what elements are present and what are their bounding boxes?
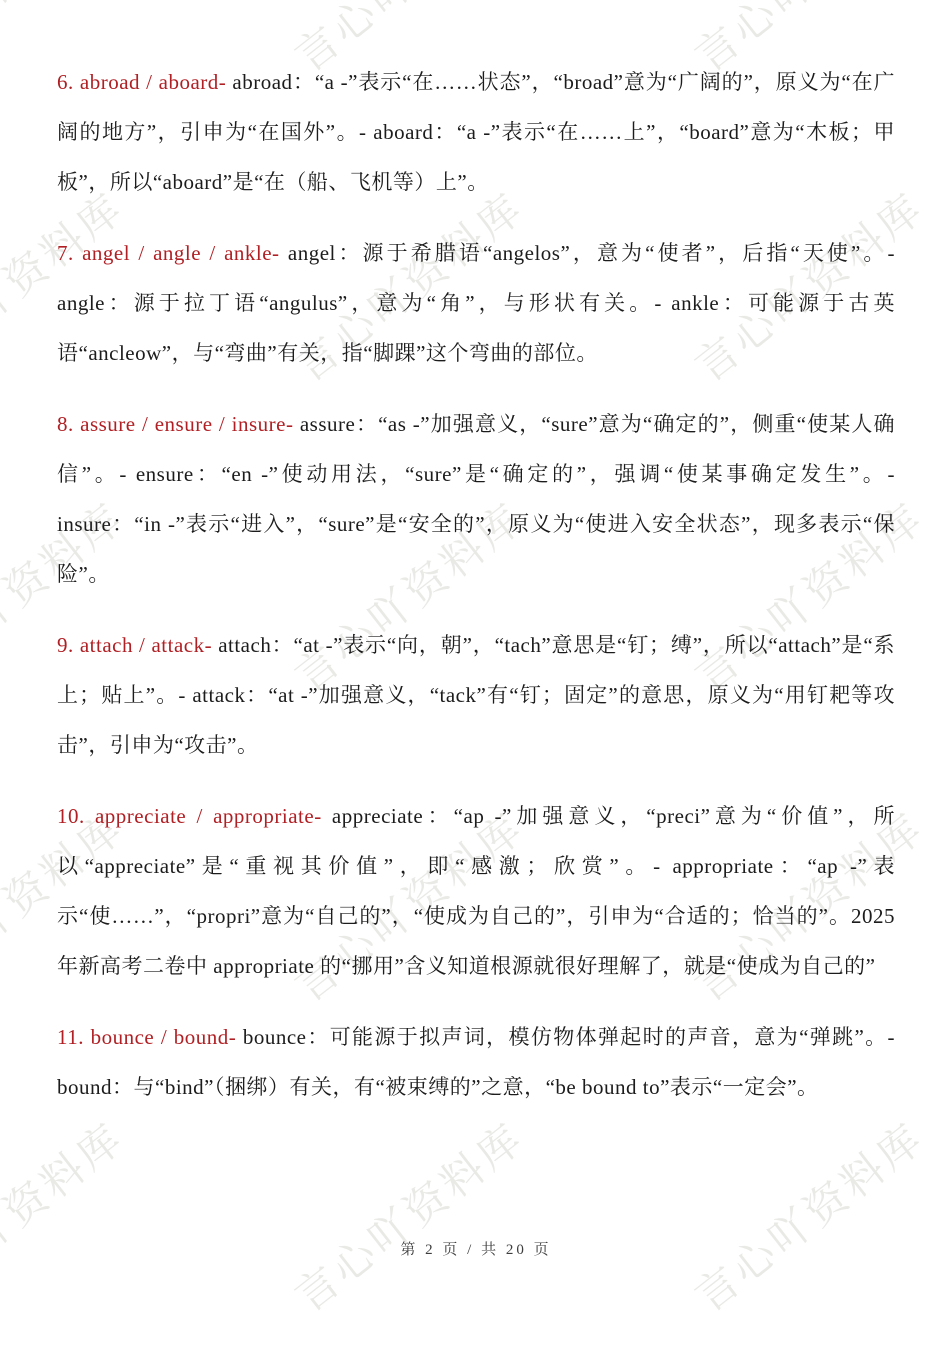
entry-11-bounce-bound: 11. bounce / bound- bounce：可能源于拟声词，模仿物体弹… xyxy=(57,1012,895,1112)
page-number-footer: 第 2 页 / 共 20 页 xyxy=(0,1238,952,1259)
watermark-text: 言心吖资料库 xyxy=(281,1106,535,1323)
entry-8-headword: 8. assure / ensure / insure- xyxy=(57,412,293,436)
entry-8-body: assure：“as -”加强意义，“sure”意为“确定的”，侧重“使某人确信… xyxy=(57,412,895,586)
entry-11-headword: 11. bounce / bound- xyxy=(57,1025,236,1049)
entry-10-appreciate-appropriate: 10. appreciate / appropriate- appreciate… xyxy=(57,791,895,991)
entry-9-headword: 9. attach / attack- xyxy=(57,633,212,657)
entry-6-abroad-aboard: 6. abroad / aboard- abroad：“a -”表示“在……状态… xyxy=(57,57,895,207)
document-body: 6. abroad / aboard- abroad：“a -”表示“在……状态… xyxy=(57,57,895,1133)
entry-8-assure-ensure-insure: 8. assure / ensure / insure- assure：“as … xyxy=(57,399,895,599)
watermark-text: 言心吖资料库 xyxy=(681,1106,935,1323)
entry-10-headword: 10. appreciate / appropriate- xyxy=(57,804,322,828)
document-page: 言心吖资料库 言心吖资料库 言心吖资料库 言心吖资料库 言心吖资料库 言心吖资料… xyxy=(0,0,952,1347)
entry-10-body: appreciate：“ap -”加强意义，“preci”意为“价值”，所以“a… xyxy=(57,804,895,978)
entry-7-headword: 7. angel / angle / ankle- xyxy=(57,241,280,265)
entry-9-attach-attack: 9. attach / attack- attach：“at -”表示“向，朝”… xyxy=(57,620,895,770)
watermark-text: 言心吖资料库 xyxy=(0,1106,135,1323)
entry-7-angel-angle-ankle: 7. angel / angle / ankle- angel：源于希腊语“an… xyxy=(57,228,895,378)
entry-6-headword: 6. abroad / aboard- xyxy=(57,70,226,94)
